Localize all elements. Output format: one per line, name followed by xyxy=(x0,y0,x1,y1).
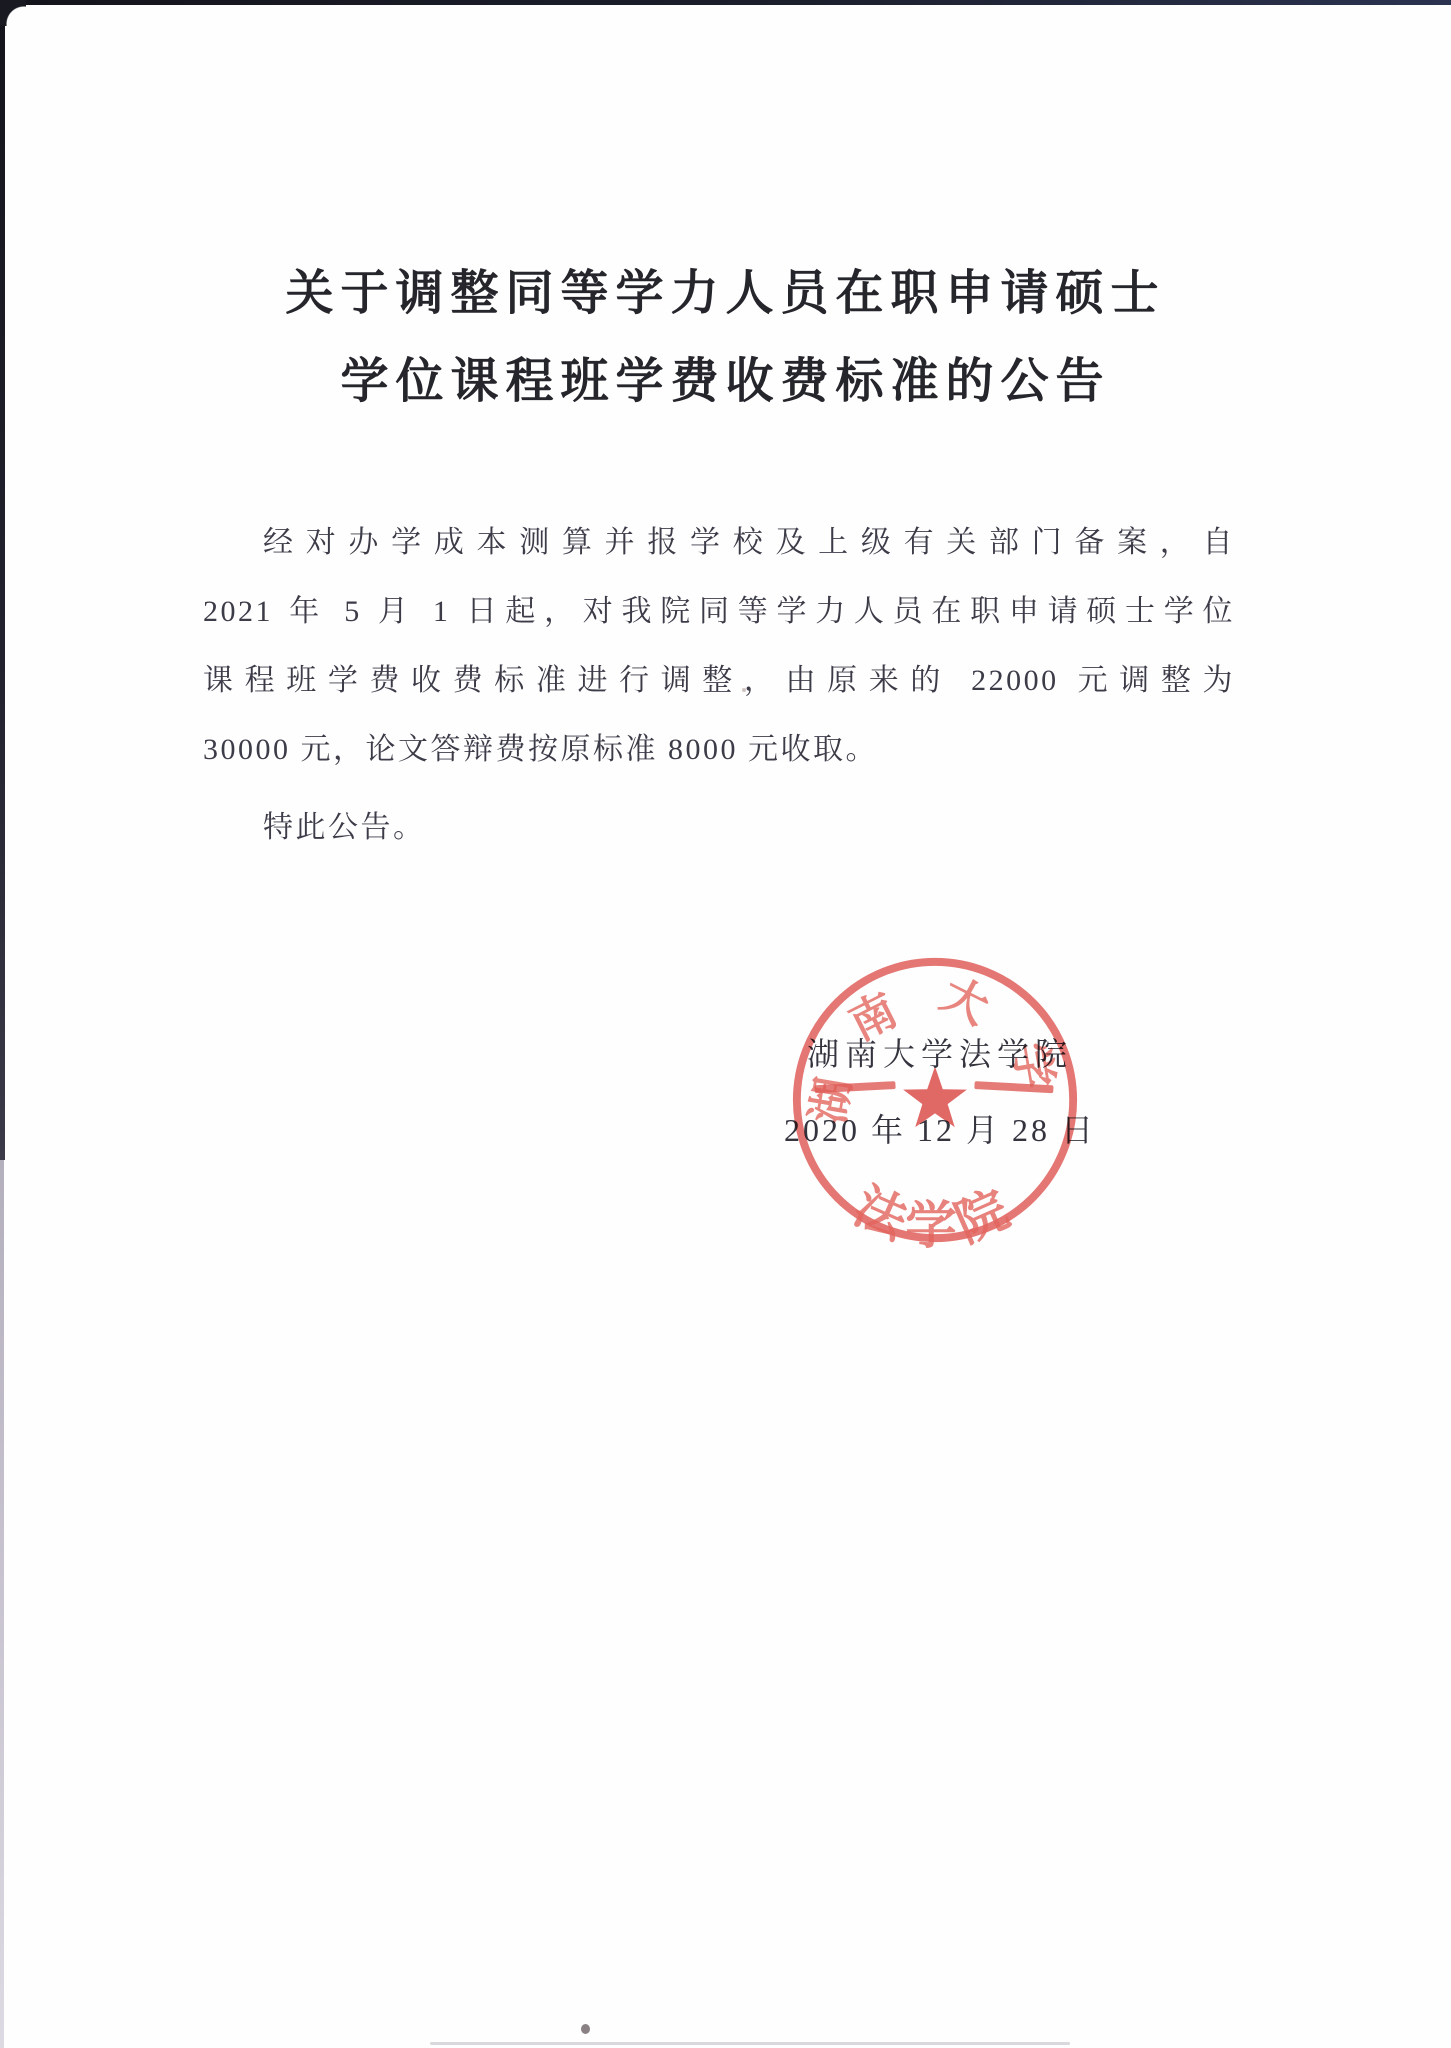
scan-edge-top xyxy=(0,0,1451,5)
seal-star-icon xyxy=(903,1066,967,1127)
seal-arc-bottom-label: 法学院 xyxy=(845,1178,1024,1248)
seal-arc-bottom-text: 法学院 xyxy=(845,1178,1024,1248)
body-line-4: 30000 元，论文答辩费按原标准 8000 元收取。 xyxy=(203,715,1235,784)
body-line-1: 经对办学成本测算并报学校及上级有关部门备案，自 xyxy=(203,508,1235,577)
scan-edge-bottom xyxy=(430,2042,1070,2045)
title-line-2: 学位课程班学费收费标准的公告 xyxy=(0,338,1451,426)
body-line-3: 课程班学费收费标准进行调整，由原来的 22000 元调整为 xyxy=(203,646,1235,715)
document-body: 经对办学成本测算并报学校及上级有关部门备案，自 2021 年 5 月 1 日起，… xyxy=(203,508,1235,862)
document-title: 关于调整同等学力人员在职申请硕士 学位课程班学费收费标准的公告 xyxy=(0,250,1451,426)
scan-edge-left-faint xyxy=(0,1160,4,2048)
closing-line: 特此公告。 xyxy=(203,793,1235,862)
scanned-document-page: 关于调整同等学力人员在职申请硕士 学位课程班学费收费标准的公告 经对办学成本测算… xyxy=(0,0,1451,2048)
scan-corner-top-left xyxy=(0,0,26,26)
body-line-2: 2021 年 5 月 1 日起，对我院同等学力人员在职申请硕士学位 xyxy=(203,577,1235,646)
official-seal-stamp: 湖南大学 法学院 xyxy=(787,952,1083,1248)
title-line-1: 关于调整同等学力人员在职申请硕士 xyxy=(0,250,1451,338)
scan-edge-left xyxy=(0,0,5,1160)
scan-speck xyxy=(581,2024,590,2034)
